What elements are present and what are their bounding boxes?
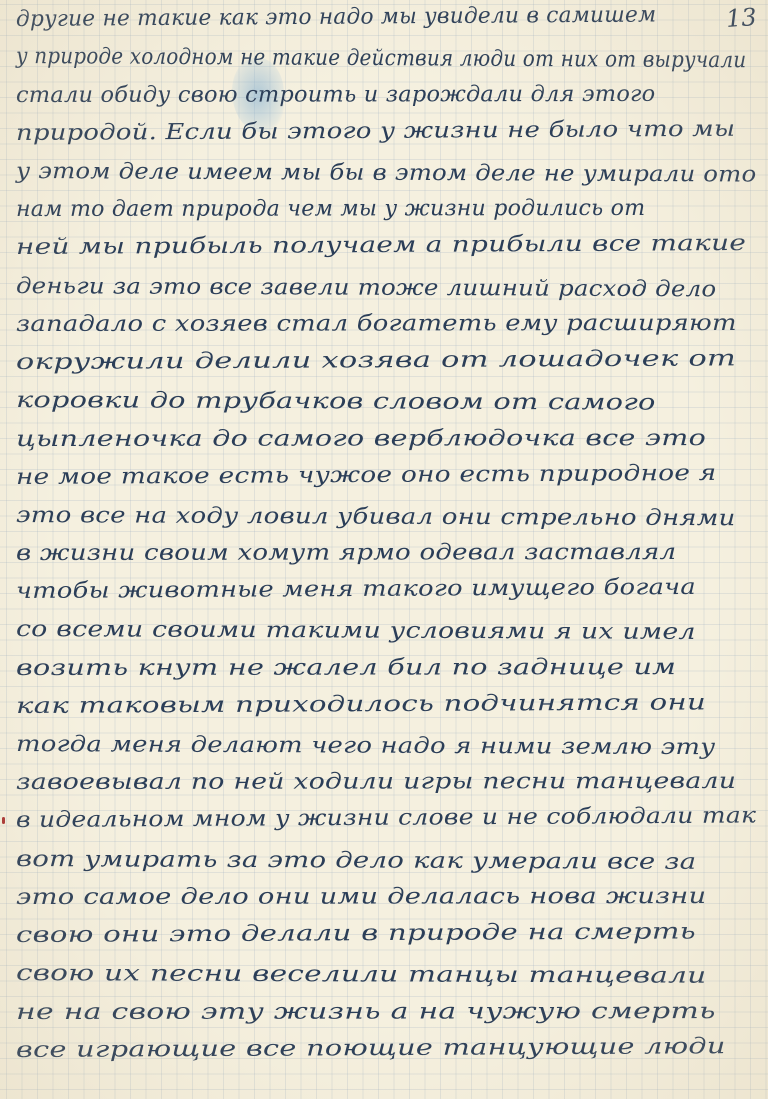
handwritten-line: коровки до трубачков словом от самого xyxy=(16,381,656,424)
handwritten-line: ней мы прибыль получаем а прибыли все та… xyxy=(16,224,746,268)
handwritten-line: западало с хозяев стал богатеть ему расш… xyxy=(16,304,737,345)
notebook-page: 13 другие не такие как это надо мы увиде… xyxy=(0,0,768,1099)
margin-ink-mark xyxy=(2,817,5,824)
handwritten-line: как таковым приходилось подчинятся они xyxy=(16,683,706,727)
handwritten-line: свою их песни веселили танцы танцевали xyxy=(16,954,707,997)
handwritten-line: в идеальном мном у жизни слове и не собл… xyxy=(16,796,756,841)
page-number: 13 xyxy=(725,3,757,33)
handwritten-line: со всеми своими такими условиями я их им… xyxy=(16,610,696,653)
handwritten-line: все играющие все поющие танцующие люди xyxy=(16,1027,726,1071)
handwritten-line: не мое такое есть чужое оно есть природн… xyxy=(16,454,717,498)
handwritten-line: окружили делили хозява от лошадочек от xyxy=(16,339,736,383)
handwritten-line: возить кнут не жалел бил по заднице им xyxy=(16,648,676,689)
handwritten-line: другие не такие как это надо мы увидели … xyxy=(16,0,657,40)
handwritten-line: свою они это делали в природе на смерть xyxy=(16,912,696,956)
handwritten-line: природой. Если бы этого у жизни не было … xyxy=(16,110,736,154)
handwritten-line: нам то дает природа чем мы у жизни родил… xyxy=(16,189,645,230)
handwritten-line: чтобы животные меня такого имущего богач… xyxy=(16,568,696,612)
handwritten-line: это самое дело они ими делалась нова жиз… xyxy=(16,877,706,918)
